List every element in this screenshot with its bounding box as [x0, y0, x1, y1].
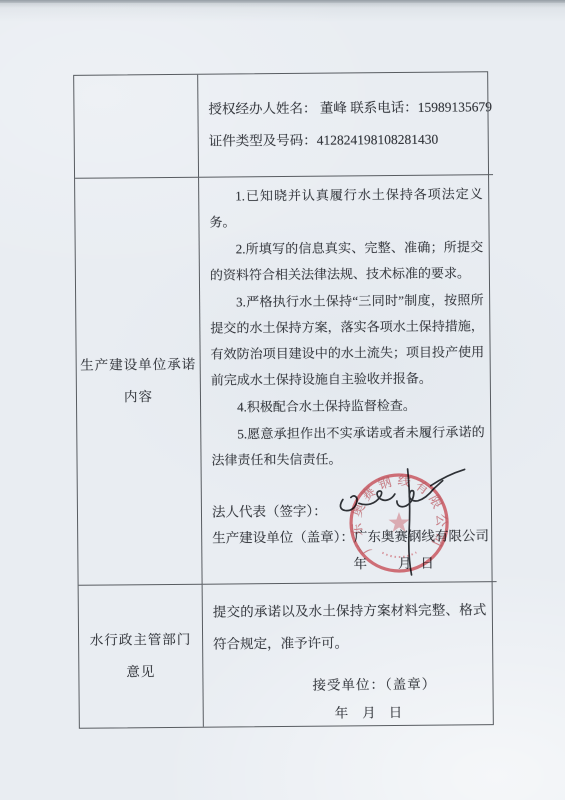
- authority-header-line2: 意见: [126, 656, 155, 688]
- scan-edge-shadow: [0, 0, 565, 3]
- commitment-form-table: 授权经办人姓名： 董峰 联系电话：15989135679 证件类型及号码：412…: [73, 71, 494, 729]
- legal-rep-signature: [330, 453, 471, 594]
- form-area: 授权经办人姓名： 董峰 联系电话：15989135679 证件类型及号码：412…: [73, 71, 494, 729]
- scanned-commitment-form-page: 授权经办人姓名： 董峰 联系电话：15989135679 证件类型及号码：412…: [0, 0, 565, 800]
- authority-header-line1: 水行政主管部门: [90, 624, 192, 657]
- day-label: 日: [389, 705, 403, 720]
- commitment-item: 4.积极配合水土保持监督检查。: [211, 392, 485, 420]
- commitment-header-cell: 生产建设单位承诺 内容: [75, 178, 203, 586]
- month-label: 月: [362, 705, 376, 720]
- row3-date-line: 年月日: [335, 703, 403, 724]
- commitment-header-line1: 生产建设单位承诺: [80, 349, 196, 382]
- accept-unit-line: 接受单位：（盖章）: [312, 675, 436, 696]
- authorized-agent-line: 授权经办人姓名： 董峰 联系电话：15989135679: [208, 91, 492, 125]
- authority-opinion-header-cell: 水行政主管部门 意见: [79, 585, 204, 728]
- commitment-item: 2.所填写的信息真实、完整、准确；所提交的资料符合相关法律法规、技术标准的要求。: [210, 234, 484, 288]
- year-label: 年: [335, 705, 349, 720]
- opinion-text: 提交的承诺以及水土保持方案材料完整、格式符合规定，准予许可。: [213, 594, 487, 660]
- id-number-line: 证件类型及号码：412824198108281430: [209, 123, 493, 157]
- commitment-item: 3.严格执行水土保持“三同时”制度，按照所提交的水土保持方案，落实各项水土保持措…: [210, 287, 484, 393]
- authority-opinion-cell: 提交的承诺以及水土保持方案材料完整、格式符合规定，准予许可。 接受单位：（盖章）…: [203, 582, 498, 727]
- legal-rep-sign-line: 法人代表（签字）：: [212, 502, 327, 523]
- agent-info-cell: 授权经办人姓名： 董峰 联系电话：15989135679 证件类型及号码：412…: [198, 72, 492, 178]
- row1-header-cell-empty: [74, 75, 199, 179]
- legal-rep-sign-label: 法人代表（签字）：: [212, 504, 327, 520]
- accept-unit-label: 接受单位：（盖章）: [312, 677, 436, 693]
- commitment-item: 1.已知晓并认真履行水土保持各项法定义务。: [209, 181, 483, 235]
- commitment-header-line2: 内容: [124, 381, 153, 413]
